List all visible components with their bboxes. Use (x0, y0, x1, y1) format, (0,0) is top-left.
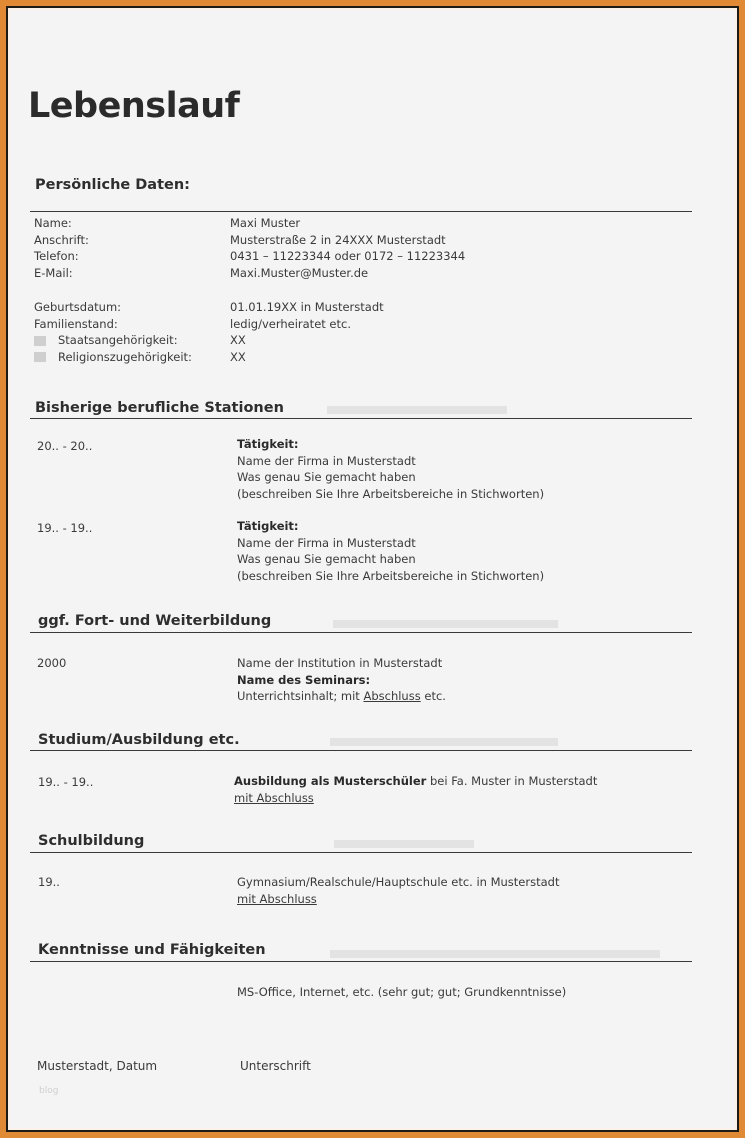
section-heading-career: Bisherige berufliche Stationen (35, 400, 284, 416)
value-email: Maxi.Muster@Muster.de (230, 265, 465, 282)
watermark: blog (39, 1086, 58, 1096)
career-entry-2: Tätigkeit: Name der Firma in Musterstadt… (237, 518, 544, 584)
training-details: Unterrichtsinhalt; mit Abschluss etc. (237, 688, 446, 705)
label-marital-status: Familienstand: (34, 316, 192, 333)
school-name: Gymnasium/Realschule/Hauptschule etc. in… (237, 874, 559, 891)
school-period: 19.. (38, 874, 60, 891)
value-birthdate: 01.01.19XX in Musterstadt (230, 299, 384, 316)
value-marital-status: ledig/verheiratet etc. (230, 316, 384, 333)
label-phone: Telefon: (34, 248, 89, 265)
label-religion: Religionszugehörigkeit: (58, 350, 192, 364)
personal-values: Maxi Muster Musterstraße 2 in 24XXX Must… (230, 215, 465, 281)
school-entry: Gymnasium/Realschule/Hauptschule etc. in… (237, 874, 559, 907)
section-divider (30, 750, 692, 751)
label-birthdate: Geburtsdatum: (34, 299, 192, 316)
value-religion: XX (230, 349, 384, 366)
value-phone: 0431 – 11223344 oder 0172 – 11223344 (230, 248, 465, 265)
signature-label: Unterschrift (240, 1058, 311, 1075)
value-name: Maxi Muster (230, 215, 465, 232)
career-entry-line: Name der Firma in Musterstadt (237, 535, 544, 552)
training-institution: Name der Institution in Musterstadt (237, 655, 446, 672)
value-address: Musterstraße 2 in 24XXX Musterstadt (230, 232, 465, 249)
label-email: E-Mail: (34, 265, 89, 282)
school-degree: mit Abschluss (237, 891, 559, 908)
personal-labels: Name: Anschrift: Telefon: E-Mail: (34, 215, 89, 281)
label-name: Name: (34, 215, 89, 232)
career-entry-1: Tätigkeit: Name der Firma in Musterstadt… (237, 436, 544, 502)
career-entry-line: Name der Firma in Musterstadt (237, 453, 544, 470)
skills-line: MS-Office, Internet, etc. (sehr gut; gut… (237, 984, 566, 1001)
section-divider (30, 961, 692, 962)
place-date: Musterstadt, Datum (37, 1058, 157, 1075)
studies-degree: mit Abschluss (234, 790, 597, 807)
studies-rest: bei Fa. Muster in Musterstadt (426, 774, 597, 788)
career-entry-title: Tätigkeit: (237, 436, 544, 453)
studies-period: 19.. - 19.. (38, 774, 93, 791)
faded-artifact (334, 840, 474, 848)
section-heading-training: ggf. Fort- und Weiterbildung (38, 613, 271, 629)
label-nationality: Staatsangehörigkeit: (58, 333, 178, 347)
personal-values-2: 01.01.19XX in Musterstadt ledig/verheira… (230, 299, 384, 365)
training-details-underlined: Abschluss (363, 689, 420, 703)
section-divider (30, 632, 692, 633)
section-divider (30, 211, 692, 212)
studies-title: Ausbildung als Musterschüler (234, 774, 426, 788)
career-entry-title: Tätigkeit: (237, 518, 544, 535)
section-heading-skills: Kenntnisse und Fähigkeiten (38, 942, 266, 958)
section-heading-personal: Persönliche Daten: (35, 177, 190, 193)
training-seminar: Name des Seminars: (237, 672, 446, 689)
section-heading-school: Schulbildung (38, 833, 144, 849)
value-nationality: XX (230, 332, 384, 349)
career-period-1: 20.. - 20.. (37, 438, 92, 455)
career-entry-line: (beschreiben Sie Ihre Arbeitsbereiche in… (237, 486, 544, 503)
training-period: 2000 (37, 655, 66, 672)
training-details-text: Unterrichtsinhalt; mit (237, 689, 363, 703)
section-divider (30, 852, 692, 853)
career-entry-line: (beschreiben Sie Ihre Arbeitsbereiche in… (237, 568, 544, 585)
section-divider (30, 418, 692, 419)
studies-entry: Ausbildung als Musterschüler bei Fa. Mus… (234, 773, 597, 806)
bullet-icon (34, 336, 46, 346)
training-entry: Name der Institution in Musterstadt Name… (237, 655, 446, 705)
career-period-2: 19.. - 19.. (37, 520, 92, 537)
label-religion-row: Religionszugehörigkeit: (34, 349, 192, 366)
label-address: Anschrift: (34, 232, 89, 249)
career-entry-line: Was genau Sie gemacht haben (237, 469, 544, 486)
studies-line1: Ausbildung als Musterschüler bei Fa. Mus… (234, 773, 597, 790)
personal-labels-2: Geburtsdatum: Familienstand: Staatsangeh… (34, 299, 192, 365)
career-entry-line: Was genau Sie gemacht haben (237, 551, 544, 568)
section-heading-studies: Studium/Ausbildung etc. (38, 732, 240, 748)
bullet-icon (34, 352, 46, 362)
label-nationality-row: Staatsangehörigkeit: (34, 332, 192, 349)
faded-artifact (330, 738, 558, 746)
training-details-text: etc. (421, 689, 446, 703)
faded-artifact (327, 406, 507, 414)
page-title: Lebenslauf (28, 86, 239, 126)
faded-artifact (333, 620, 558, 628)
faded-artifact (330, 950, 660, 958)
